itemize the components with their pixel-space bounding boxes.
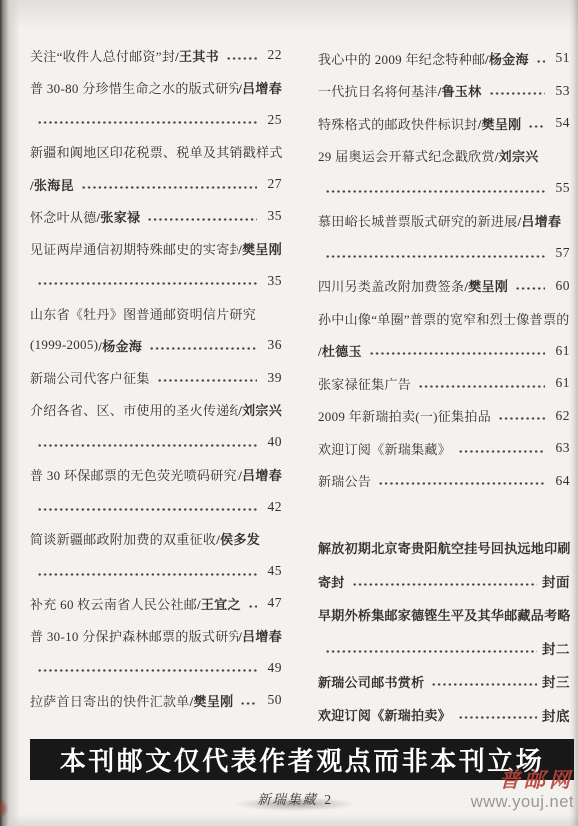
dot-leader xyxy=(37,426,257,458)
article-title: 新瑞公司邮书赏析 xyxy=(318,672,424,691)
ink-smudge-mark xyxy=(0,799,8,818)
toc-entry-line: 49 xyxy=(30,652,282,684)
scan-edge-right xyxy=(569,0,578,826)
dot-leader xyxy=(352,564,537,597)
dot-leader xyxy=(240,684,257,716)
article-title: 我心中的 2009 年纪念特种邮票 xyxy=(318,49,485,68)
article-title: 欢迎订阅《新瑞集藏》 xyxy=(318,439,451,458)
article-page-number: 64 xyxy=(550,473,570,489)
article-page-number: 54 xyxy=(550,115,570,131)
toc-entry-line: 封二 xyxy=(318,631,570,664)
article-author: /吕增春 xyxy=(238,465,282,484)
article-author: /杨金海 xyxy=(98,336,142,355)
article-page-number: 45 xyxy=(262,563,282,579)
article-title: 拉萨首日寄出的快件汇款单 xyxy=(30,691,190,710)
toc-entry-line: (1999-2005)/杨金海36 xyxy=(30,329,282,361)
article-page-number: 60 xyxy=(550,278,570,294)
article-author: /张海昆 xyxy=(30,175,74,194)
article-title: 简谈新疆邮政附加费的双重征收 xyxy=(30,529,216,548)
article-page-number: 封面 xyxy=(542,571,570,591)
article-author: /刘宗兴 xyxy=(495,146,539,165)
article-author: /樊呈刚 xyxy=(464,276,508,295)
magazine-title: 新瑞集藏 xyxy=(257,792,317,807)
watermark-logo: 普邮网 xyxy=(471,769,574,792)
article-page-number: 49 xyxy=(262,660,282,676)
toc-entry-line: 简谈新疆邮政附加费的双重征收/侯多发 xyxy=(30,523,282,555)
dot-leader xyxy=(498,400,545,433)
article-title: 特殊格式的邮政快件标识封 xyxy=(318,114,478,133)
article-page-number: 51 xyxy=(550,50,570,66)
toc-entry-line: 新疆和阗地区印花税票、税单及其销戳样式简述 xyxy=(30,136,282,168)
article-author: /吕增春 xyxy=(238,626,282,645)
article-page-number: 35 xyxy=(262,273,282,289)
page-number: 2 xyxy=(324,792,332,807)
article-page-number: 25 xyxy=(262,112,282,128)
toc-entry-line: 普 30-10 分保护森林邮票的版式研究/吕增春 xyxy=(30,620,282,652)
scan-edge-bottom xyxy=(0,814,578,826)
article-title: 补充 60 枚云南省人民公社邮戳 xyxy=(30,594,197,613)
article-title: 张家禄征集广告 xyxy=(318,374,411,393)
article-title: 介绍各省、区、市使用的圣火传递纪念戳 xyxy=(30,400,238,419)
article-author: /鲁玉林 xyxy=(438,81,482,100)
toc-entry-line: 普 30 环保邮票的无色荧光喷码研究扎记/吕增春 xyxy=(30,458,282,490)
article-title: 怀念叶从德 xyxy=(30,207,97,226)
article-page-number: 61 xyxy=(550,343,570,359)
article-title: 关注“收件人总付邮资”封 xyxy=(30,46,175,65)
article-author: /杨金海 xyxy=(485,49,529,68)
dot-leader xyxy=(37,555,257,587)
toc-entry-line: 特殊格式的邮政快件标识封/樊呈刚54 xyxy=(318,107,570,140)
toc-entry-line: /张海昆27 xyxy=(30,168,282,200)
section-gap xyxy=(318,497,570,531)
article-author: /吕增春 xyxy=(238,78,282,97)
article-title: 见证两岸通信初期特殊邮史的实寄封 xyxy=(30,239,238,258)
toc-entry-line: 25 xyxy=(30,104,282,136)
toc-entry-line: 欢迎订阅《新瑞集藏》63 xyxy=(318,432,570,465)
dot-leader xyxy=(81,168,257,200)
article-page-number: 40 xyxy=(262,434,282,450)
toc-entry-line: 慕田峪长城普票版式研究的新进展/吕增春 xyxy=(318,205,570,238)
toc-entry-line: 欢迎订阅《新瑞拍卖》封底 xyxy=(318,698,570,731)
article-title: 普 30 环保邮票的无色荧光喷码研究扎记 xyxy=(30,465,238,484)
article-title: 山东省《牡丹》图普通邮资明信片研究 xyxy=(30,304,256,323)
article-page-number: 55 xyxy=(550,180,570,196)
article-author: /樊呈刚 xyxy=(478,114,522,133)
dot-leader xyxy=(458,432,545,465)
article-author: /侯多发 xyxy=(216,529,260,548)
toc-entry-line: 新瑞公告64 xyxy=(318,465,570,498)
article-page-number: 61 xyxy=(550,375,570,391)
dot-leader xyxy=(248,587,257,619)
page-footer: 新瑞集藏2 xyxy=(231,788,359,808)
article-author: /刘宗兴 xyxy=(238,400,282,419)
article-title: 普 30-80 分珍惜生命之水的版式研究 xyxy=(30,78,238,97)
dot-leader xyxy=(431,665,537,698)
dot-leader xyxy=(528,107,545,140)
article-page-number: 50 xyxy=(262,692,282,708)
toc-entry-line: 四川另类盖改附加费签条/樊呈刚60 xyxy=(318,270,570,303)
dot-leader xyxy=(37,491,257,523)
article-title: (1999-2005) xyxy=(30,337,98,353)
magazine-toc-page: 关注“收件人总付邮资”封/王其书22普 30-80 分珍惜生命之水的版式研究/吕… xyxy=(0,0,578,826)
toc-entry-line: 拉萨首日寄出的快件汇款单/樊呈刚50 xyxy=(30,684,282,716)
article-title: 欢迎订阅《新瑞拍卖》 xyxy=(318,705,451,724)
article-title: 普 30-10 分保护森林邮票的版式研究 xyxy=(30,626,238,645)
article-page-number: 封二 xyxy=(542,638,570,658)
toc-entry-line: 普 30-80 分珍惜生命之水的版式研究/吕增春 xyxy=(30,71,282,103)
footer-text: 新瑞集藏2 xyxy=(231,788,359,808)
dot-leader xyxy=(149,329,257,361)
article-title: 四川另类盖改附加费签条 xyxy=(318,276,464,295)
article-page-number: 57 xyxy=(550,245,570,261)
article-title: 一代抗日名将何基沣 xyxy=(318,81,438,100)
article-author: /王其书 xyxy=(175,46,219,65)
article-page-number: 53 xyxy=(550,83,570,99)
article-author: /王宜之 xyxy=(197,594,241,613)
dot-leader xyxy=(147,200,257,232)
article-title: 新瑞公司代客户征集 xyxy=(30,368,150,387)
article-title: 新疆和阗地区印花税票、税单及其销戳样式简述 xyxy=(30,142,282,161)
article-page-number: 封三 xyxy=(542,671,570,691)
scan-edge-left xyxy=(0,0,20,826)
toc-entry-line: /杜德玉61 xyxy=(318,335,570,368)
toc-entry-line: 张家禄征集广告61 xyxy=(318,367,570,400)
article-page-number: 42 xyxy=(262,499,282,515)
dot-leader xyxy=(325,631,537,664)
article-title: 29 届奥运会开幕式纪念戳欣赏 xyxy=(318,146,495,165)
watermark-url: www.youj.net xyxy=(471,793,574,811)
toc-entry-line: 寄封封面 xyxy=(318,564,570,597)
dot-leader xyxy=(226,39,257,71)
toc-right-column: 我心中的 2009 年纪念特种邮票/杨金海51一代抗日名将何基沣/鲁玉林53特殊… xyxy=(318,42,570,731)
toc-entry-line: 解放初期北京寄贵阳航空挂号回执远地印刷品实 xyxy=(318,531,570,564)
dot-leader xyxy=(515,270,545,303)
toc-entry-line: 2009 年新瑞拍卖(一)征集拍品62 xyxy=(318,400,570,433)
article-page-number: 62 xyxy=(550,408,570,424)
article-page-number: 22 xyxy=(262,47,282,63)
article-page-number: 47 xyxy=(262,595,282,611)
site-watermark: 普邮网 www.youj.net xyxy=(471,769,574,811)
article-page-number: 封底 xyxy=(542,705,570,725)
article-author: /樊呈刚 xyxy=(190,691,234,710)
toc-entry-line: 35 xyxy=(30,265,282,297)
toc-entry-line: 见证两岸通信初期特殊邮史的实寄封/樊呈刚 xyxy=(30,233,282,265)
toc-entry-line: 介绍各省、区、市使用的圣火传递纪念戳/刘宗兴 xyxy=(30,394,282,426)
toc-entry-line: 29 届奥运会开幕式纪念戳欣赏/刘宗兴 xyxy=(318,140,570,173)
article-title: 解放初期北京寄贵阳航空挂号回执远地印刷品实 xyxy=(318,538,570,557)
toc-entry-line: 57 xyxy=(318,237,570,270)
scan-edge-top xyxy=(0,0,578,30)
article-page-number: 35 xyxy=(262,208,282,224)
toc-entry-line: 早期外桥集邮家德铿生平及其华邮藏品考略(图) xyxy=(318,598,570,631)
article-title: 慕田峪长城普票版式研究的新进展 xyxy=(318,211,518,230)
article-page-number: 36 xyxy=(262,337,282,353)
toc-entry-line: 怀念叶从德/张家禄35 xyxy=(30,200,282,232)
article-page-number: 27 xyxy=(262,176,282,192)
article-author: /吕增春 xyxy=(518,211,562,230)
toc-entry-line: 新瑞公司邮书赏析封三 xyxy=(318,665,570,698)
toc-entry-line: 新瑞公司代客户征集39 xyxy=(30,362,282,394)
dot-leader xyxy=(536,42,545,75)
dot-leader xyxy=(325,172,545,205)
toc-entry-line: 孙中山像“单圈”普票的宽窄和烈士像普票的高矮 xyxy=(318,302,570,335)
toc-entry-line: 关注“收件人总付邮资”封/王其书22 xyxy=(30,39,282,71)
dot-leader xyxy=(157,362,257,394)
toc-entry-line: 我心中的 2009 年纪念特种邮票/杨金海51 xyxy=(318,42,570,75)
dot-leader xyxy=(37,265,257,297)
article-title: 寄封 xyxy=(318,572,345,591)
article-author: /樊呈刚 xyxy=(238,239,282,258)
article-page-number: 39 xyxy=(262,370,282,386)
dot-leader xyxy=(37,652,257,684)
toc-entry-line: 55 xyxy=(318,172,570,205)
toc-entry-line: 45 xyxy=(30,555,282,587)
article-title: 早期外桥集邮家德铿生平及其华邮藏品考略(图) xyxy=(318,605,570,624)
dot-leader xyxy=(458,698,537,731)
dot-leader xyxy=(369,335,545,368)
toc-entry-line: 山东省《牡丹》图普通邮资明信片研究 xyxy=(30,297,282,329)
dot-leader xyxy=(325,237,545,270)
article-author: /张家禄 xyxy=(97,207,141,226)
toc-entry-line: 40 xyxy=(30,426,282,458)
toc-left-column: 关注“收件人总付邮资”封/王其书22普 30-80 分珍惜生命之水的版式研究/吕… xyxy=(30,39,282,716)
article-title: 新瑞公告 xyxy=(318,471,371,490)
article-author: /杜德玉 xyxy=(318,341,362,360)
toc-entry-line: 一代抗日名将何基沣/鲁玉林53 xyxy=(318,75,570,108)
toc-entry-line: 42 xyxy=(30,491,282,523)
article-title: 2009 年新瑞拍卖(一)征集拍品 xyxy=(318,406,491,425)
toc-entry-line: 补充 60 枚云南省人民公社邮戳/王宜之47 xyxy=(30,587,282,619)
article-title: 孙中山像“单圈”普票的宽窄和烈士像普票的高矮 xyxy=(318,309,570,328)
dot-leader xyxy=(37,104,257,136)
dot-leader xyxy=(418,367,545,400)
dot-leader xyxy=(378,465,545,498)
dot-leader xyxy=(489,75,545,108)
article-page-number: 63 xyxy=(550,440,570,456)
